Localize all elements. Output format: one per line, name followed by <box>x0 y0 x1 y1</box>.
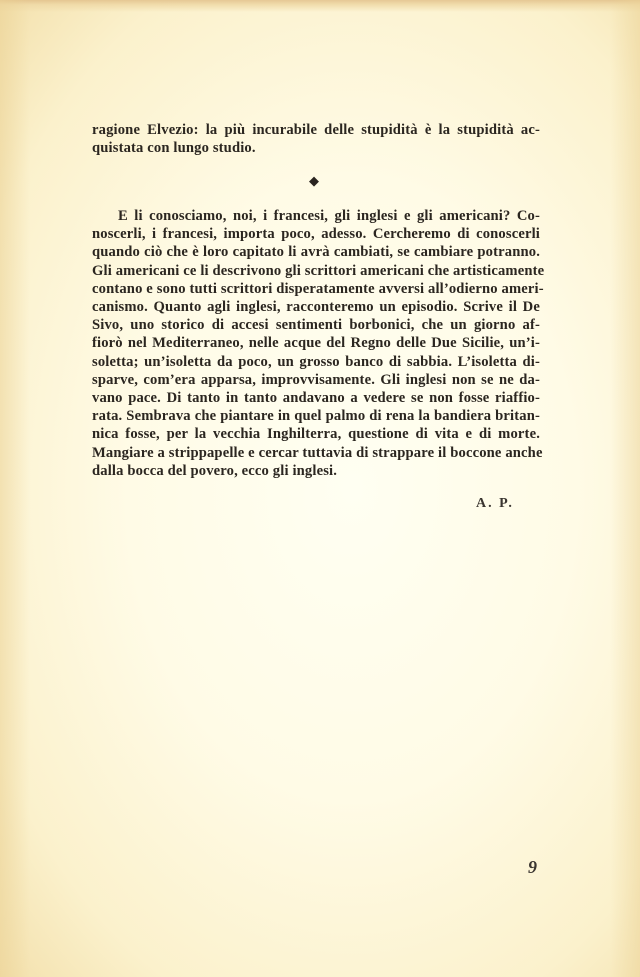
text-line: Gli americani ce li descrivono gli scrit… <box>92 262 540 280</box>
author-signature: A. P. <box>476 496 514 512</box>
text-line: contano e sono tutti scrittori disperata… <box>92 280 540 298</box>
text-line: ragione Elvezio: la più incurabile delle… <box>92 121 540 139</box>
text-line: fiorò nel Mediterraneo, nelle acque del … <box>92 334 540 352</box>
left-edge-aging <box>0 0 30 977</box>
text-line: nica fosse, per la vecchia Inghilterra, … <box>92 425 540 443</box>
top-edge-stain <box>0 0 640 12</box>
right-edge-aging <box>610 0 640 977</box>
text-line: E li conosciamo, noi, i francesi, gli in… <box>92 207 540 225</box>
paragraph-2: E li conosciamo, noi, i francesi, gli in… <box>92 207 540 480</box>
text-line: canismo. Quanto agli inglesi, raccontere… <box>92 298 540 316</box>
text-line: Sivo, uno storico di accesi sentimenti b… <box>92 316 540 334</box>
paragraph-1: ragione Elvezio: la più incurabile delle… <box>92 121 540 157</box>
text-line: sparve, com’era apparsa, improvvisamente… <box>92 371 540 389</box>
text-line: soletta; un’isoletta da poco, un grosso … <box>92 353 540 371</box>
text-line: dalla bocca del povero, ecco gli inglesi… <box>92 462 540 480</box>
text-line: quando ciò che è loro capitato li avrà c… <box>92 243 540 261</box>
text-line: noscerli, i francesi, importa poco, ades… <box>92 225 540 243</box>
page-number: 9 <box>528 857 537 878</box>
text-line: vano pace. Di tanto in tanto andavano a … <box>92 389 540 407</box>
diamond-ornament-icon: ◆ <box>307 175 321 189</box>
text-line: Mangiare a strippapelle e cercar tuttavi… <box>92 444 540 462</box>
text-line: rata. Sembrava che piantare in quel palm… <box>92 407 540 425</box>
text-line: quistata con lungo studio. <box>92 139 540 157</box>
